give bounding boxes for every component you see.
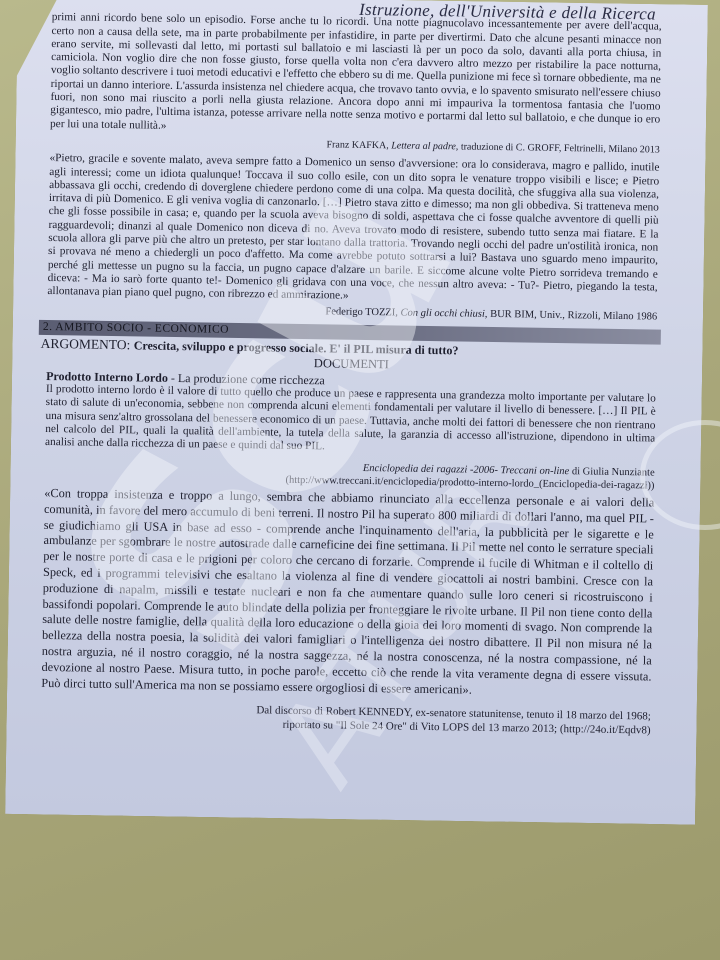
kafka-source: traduzione di C. GROFF, Feltrinelli, Mil… (461, 141, 660, 155)
kennedy-excerpt: «Con troppa insistenza e troppo a lungo,… (41, 486, 654, 701)
kafka-author: Franz KAFKA, (326, 139, 388, 151)
argomento-label: ARGOMENTO: (41, 336, 131, 352)
pil-excerpt: Il prodotto interno lordo è il valore di… (45, 383, 656, 459)
kafka-excerpt: primi anni ricordo bene solo un episodio… (50, 11, 662, 140)
document-content: Istruzione, dell'Università e della Rice… (41, 2, 662, 738)
kafka-title: Lettera al padre, (391, 140, 458, 152)
tozzi-excerpt: «Pietro, gracile e sovente malato, aveva… (47, 152, 659, 308)
tozzi-title: Con gli occhi chiusi, (401, 307, 488, 319)
tozzi-source: BUR BIM, Univ., Rizzoli, Milano 1986 (490, 308, 657, 322)
tozzi-author: Federigo TOZZI, (325, 306, 398, 318)
pil-title-bold: Prodotto Interno Lordo (46, 369, 168, 385)
